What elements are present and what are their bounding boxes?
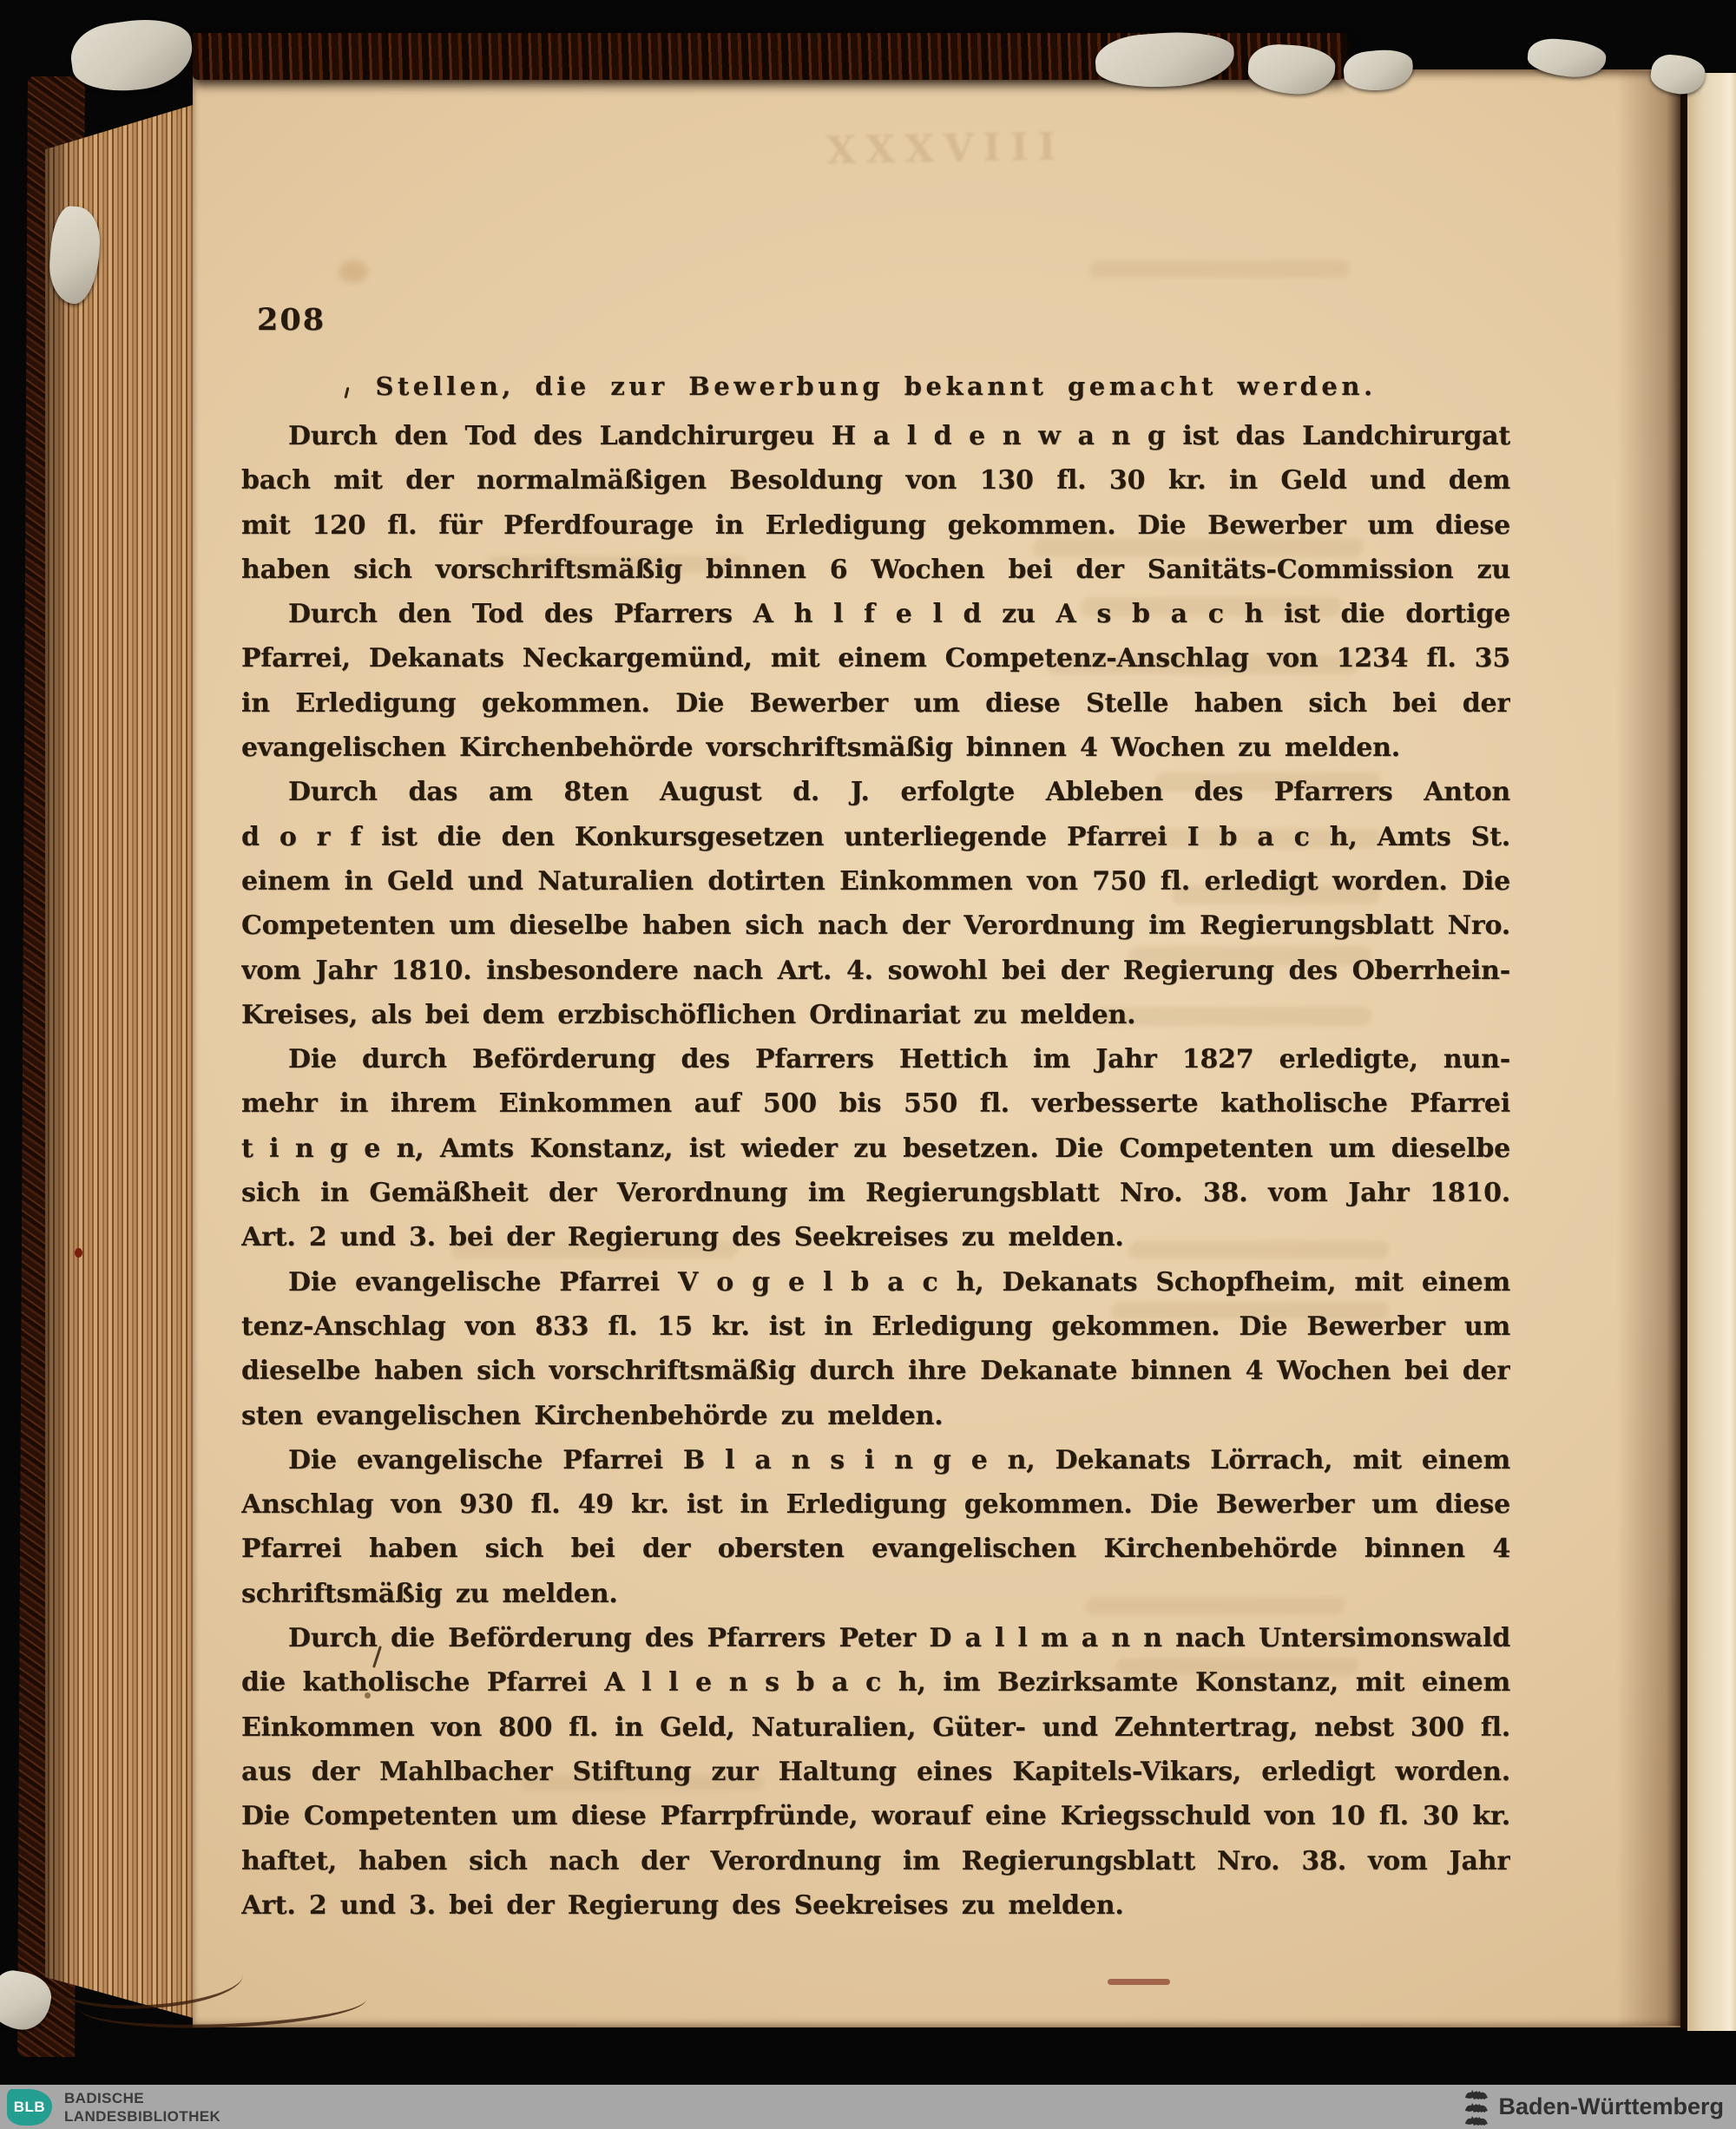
text-line: Art. 2 und 3. bei der Regierung des Seek… [241,1883,1510,1928]
blb-logo-text: BLB [14,2099,45,2116]
library-name: BADISCHE LANDESBIBLIOTHEK [64,2089,220,2126]
library-scan-viewer: { "page": { "number": "208", "heading": … [0,0,1736,2129]
text-line: Pfarrei haben sich bei der obersten evan… [241,1527,1510,1571]
text-line: evangelischen Kirchenbehörde vorschrifts… [241,726,1510,770]
foxing-spot [339,260,368,283]
library-name-line2: LANDESBIBLIOTHEK [64,2107,220,2126]
text-line: Durch das am 8ten August d. J. erfolgte … [241,770,1510,814]
text-line: dieselbe haben sich vorschriftsmäßig dur… [241,1349,1510,1393]
text-line: mit 120 fl. für Pferdfourage in Erledigu… [241,503,1510,548]
text-line: haftet, haben sich nach der Verordnung i… [241,1839,1510,1883]
text-line: Die Competenten um diese Pfarrpfründe, w… [241,1794,1510,1838]
page-heading: Stellen, die zur Bewerbung bekannt gemac… [241,365,1510,414]
page-number: 208 [257,302,325,338]
page-gutter-shadow [1616,71,1687,2026]
text-line: Durch den Tod des Pfarrers A h l f e l d… [241,592,1510,636]
bleed-through-smudge [1088,260,1351,278]
text-line: einem in Geld und Naturalien dotirten Ei… [241,859,1510,904]
text-line: Die evangelische Pfarrei V o g e l b a c… [241,1260,1510,1304]
text-line: haben sich vorschriftsmäßig binnen 6 Woc… [241,548,1510,592]
text-line: Die durch Beförderung des Pfarrers Hetti… [241,1037,1510,1081]
text-line: aus der Mahlbacher Stiftung zur Haltung … [241,1750,1510,1794]
text-line: Durch die Beförderung des Pfarrers Peter… [241,1616,1510,1660]
text-line: bach mit der normalmäßigen Besoldung von… [241,458,1510,503]
text-line: schriftsmäßig zu melden. [241,1572,1510,1616]
foxing-spot [75,1248,82,1258]
text-line: Pfarrei, Dekanats Neckargemünd, mit eine… [241,636,1510,680]
state-name: Baden-Württemberg [1498,2093,1724,2120]
scan-artifact [1108,1979,1170,1985]
text-line: Anschlag von 930 fl. 49 kr. ist in Erled… [241,1482,1510,1527]
page-stack-edge [45,91,200,2035]
next-page-edge [1687,73,1736,2031]
bleed-through-heading: XXXVIII [826,125,1066,174]
blb-logo: BLB [7,2089,52,2126]
text-line: Die evangelische Pfarrei B l a n s i n g… [241,1438,1510,1482]
text-line: Durch den Tod des Landchirurgeu H a l d … [241,414,1510,458]
text-line: vom Jahr 1810. insbesondere nach Art. 4.… [241,949,1510,993]
torn-paper-fragment [67,13,197,99]
library-name-line1: BADISCHE [64,2089,220,2107]
page-gutter-crease [1680,69,1687,2029]
state-logo-block: Baden-Württemberg [1463,2085,1724,2129]
text-block: Stellen, die zur Bewerbung bekannt gemac… [241,365,1510,1928]
text-line: in Erledigung gekommen. Die Bewerber um … [241,681,1510,726]
text-line: sten evangelischen Kirchenbehörde zu mel… [241,1394,1510,1438]
text-line: tenz-Anschlag von 833 fl. 15 kr. ist in … [241,1304,1510,1349]
text-line: die katholische Pfarrei A l l e n s b a … [241,1660,1510,1705]
text-line: Art. 2 und 3. bei der Regierung des Seek… [241,1215,1510,1259]
text-line: mehr in ihrem Einkommen auf 500 bis 550 … [241,1081,1510,1126]
baden-wuerttemberg-crest-icon [1463,2088,1489,2126]
text-line: sich in Gemäßheit der Verordnung im Regi… [241,1171,1510,1215]
text-line: d o r f ist die den Konkursgesetzen unte… [241,815,1510,859]
text-line: Kreises, als bei dem erzbischöflichen Or… [241,993,1510,1037]
text-line: Competenten um dieselbe haben sich nach … [241,904,1510,948]
text-line: Einkommen von 800 fl. in Geld, Naturalie… [241,1705,1510,1750]
text-line: t i n g e n, Amts Konstanz, ist wieder z… [241,1127,1510,1171]
body-text: Durch den Tod des Landchirurgeu H a l d … [241,414,1510,1928]
